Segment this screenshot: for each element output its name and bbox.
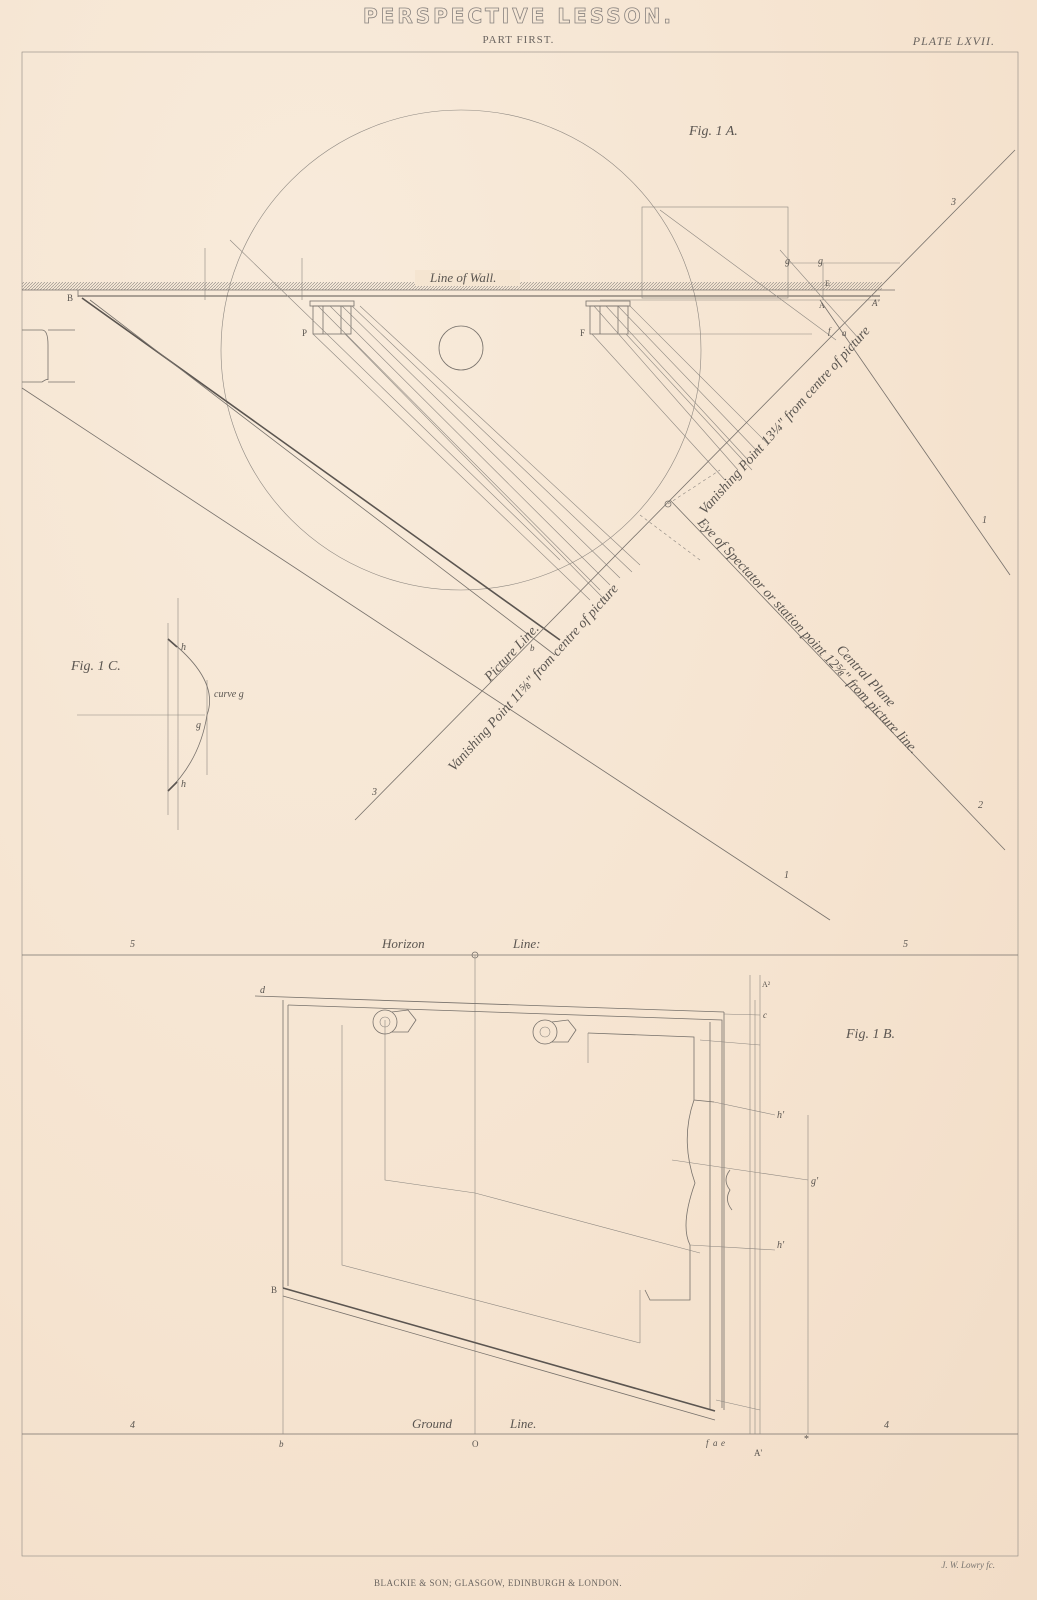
bolt-left <box>373 1010 416 1034</box>
line-1-bottom <box>22 388 830 920</box>
point-a: A <box>819 301 825 310</box>
horizon-label: Horizon <box>381 936 425 951</box>
point-a-ground: a <box>713 1438 718 1448</box>
point-b-ground: b <box>279 1439 284 1449</box>
horizon-scale-right: 5 <box>903 939 908 950</box>
fig-1c-h-bottom: h <box>181 779 186 790</box>
point-d: d <box>260 985 266 996</box>
point-f-ground: f <box>706 1438 710 1448</box>
ground-star-mark: * <box>804 1434 809 1445</box>
num-3-top: 3 <box>950 197 956 208</box>
fig-1b: Fig. 1 B. Horizon Line: Ground Line. 5 5… <box>22 936 1018 1458</box>
fig-1c: Fig. 1 C. h h g curve g <box>70 598 244 830</box>
horizon-scale-left: 5 <box>130 939 135 950</box>
point-a-prime-ground: A' <box>754 1448 762 1458</box>
construction-circle <box>221 110 701 590</box>
engraving: Fig. 1 A. Line of Wall. B P F E A A' g g… <box>0 0 1037 1600</box>
point-b-small: b <box>530 643 535 653</box>
point-a-small: a <box>842 328 847 338</box>
point-b-large: B <box>271 1285 277 1295</box>
fig-1c-curve-label: curve g <box>214 689 244 700</box>
point-c: c <box>763 1010 767 1020</box>
vanishing-point-right-label: Vanishing Point 13¼" from centre of pict… <box>697 324 874 518</box>
line-3 <box>355 150 1015 820</box>
fig-1b-caption: Fig. 1 B. <box>845 1027 895 1042</box>
fig-1a: Fig. 1 A. Line of Wall. B P F E A A' g g… <box>22 110 1015 920</box>
fig-1c-caption: Fig. 1 C. <box>70 659 121 674</box>
ground-scale-left: 4 <box>130 1420 135 1431</box>
num-3-bottom: 3 <box>371 787 377 798</box>
engraver-credit: J. W. Lowry fc. <box>941 1560 995 1570</box>
point-o: O <box>472 1439 479 1449</box>
point-b: B <box>67 293 73 303</box>
line-of-wall-label: Line of Wall. <box>429 270 496 285</box>
num-1-bottom: 1 <box>784 870 789 881</box>
bolt-right <box>533 1020 576 1044</box>
point-h-prime-2: h' <box>777 1240 785 1251</box>
fig-1a-caption: Fig. 1 A. <box>688 124 738 139</box>
point-g-2: g <box>818 256 823 267</box>
vanishing-point-left-label: Vanishing Point 11⅝" from centre of pict… <box>446 582 622 775</box>
point-p: P <box>302 328 307 338</box>
point-g-prime: g' <box>811 1176 819 1187</box>
point-h-prime-1: h' <box>777 1110 785 1121</box>
point-a2: A² <box>762 980 771 989</box>
point-g-1: g <box>785 256 790 267</box>
small-circle <box>439 326 483 370</box>
fig-1c-g: g <box>196 720 201 731</box>
point-f: F <box>580 328 585 338</box>
num-2: 2 <box>978 800 983 811</box>
point-e-ground: e <box>721 1438 725 1448</box>
num-1-right: 1 <box>982 515 987 526</box>
ground-line-label: Line. <box>509 1416 536 1431</box>
ground-scale-right: 4 <box>884 1420 889 1431</box>
point-a-prime: A' <box>871 298 880 308</box>
point-f-small: f <box>828 326 832 336</box>
eye-of-spectator-label: Eye of Spectator or station point 12⅝" f… <box>693 515 920 757</box>
publisher-line: BLACKIE & SON; GLASGOW, EDINBURGH & LOND… <box>374 1578 622 1588</box>
fig-1c-h-top: h <box>181 642 186 653</box>
ground-label: Ground <box>412 1416 452 1431</box>
horizon-line-label: Line: <box>512 936 540 951</box>
point-e: E <box>825 279 830 288</box>
